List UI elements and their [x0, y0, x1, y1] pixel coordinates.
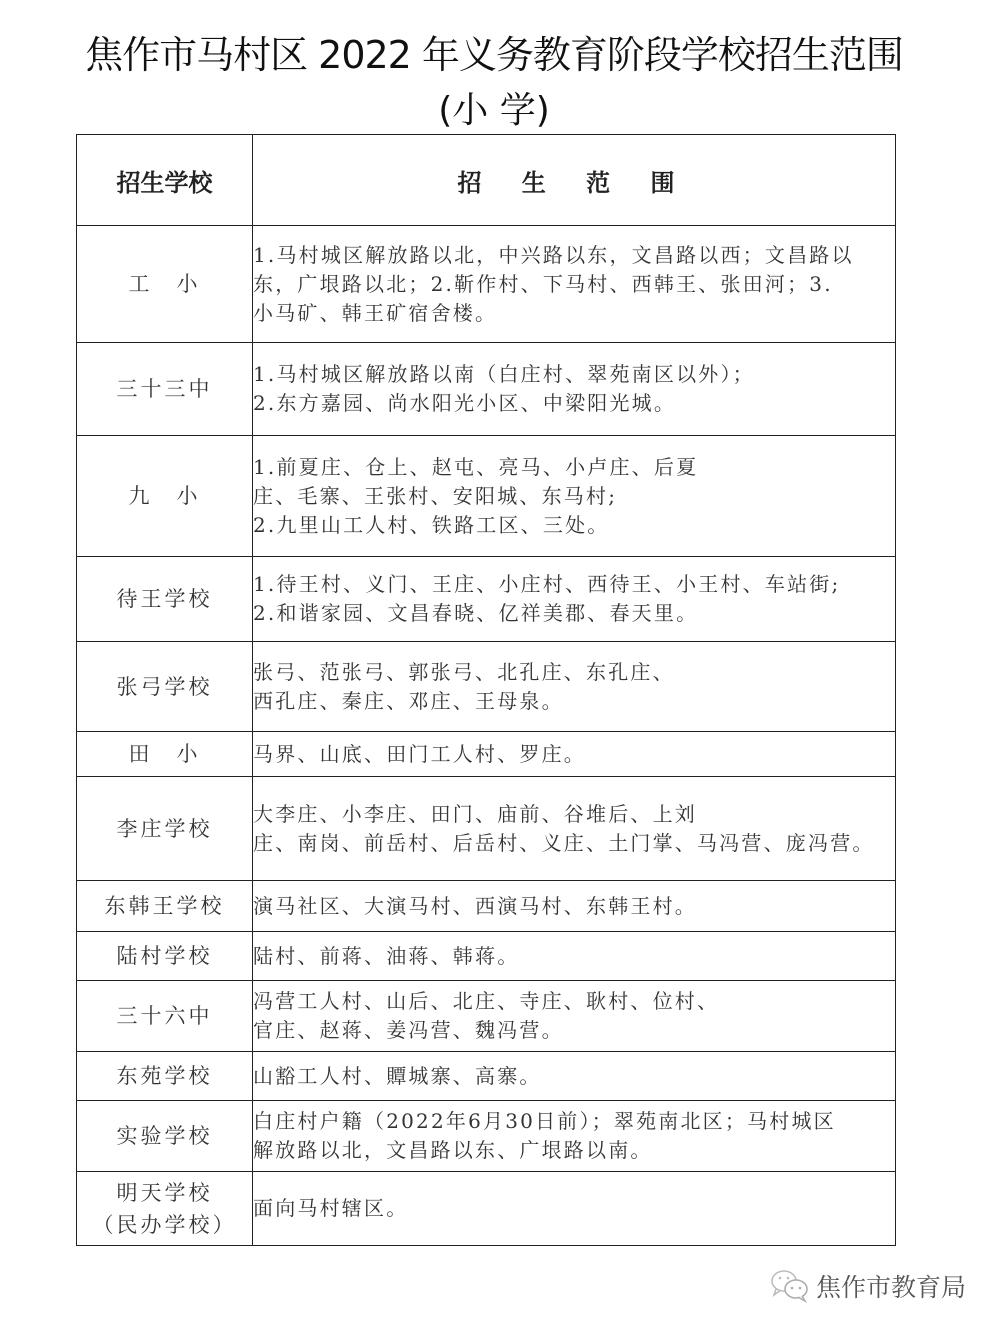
school-name-cell: 实验学校: [77, 1101, 253, 1172]
table-row: 三十六中冯营工人村、山后、北庄、寺庄、耿村、位村、官庄、赵蒋、姜冯营、魏冯营。: [77, 981, 896, 1052]
enrollment-scope-cell: 1.待王村、义门、王庄、小庄村、西待王、小王村、车站街;2.和谐家园、文昌春晓、…: [253, 557, 896, 642]
scope-line: 冯营工人村、山后、北庄、寺庄、耿村、位村、: [253, 987, 895, 1016]
document-subtitle: (小 学): [0, 88, 988, 134]
scope-line: 大李庄、小李庄、田门、庙前、谷堆后、上刘: [253, 800, 895, 829]
school-name-cell: 三十三中: [77, 343, 253, 436]
school-name-cell: 九 小: [77, 436, 253, 557]
school-name-cell: 李庄学校: [77, 777, 253, 881]
scope-line: 2.东方嘉园、尚水阳光小区、中梁阳光城。: [253, 389, 895, 418]
school-name-cell: 东苑学校: [77, 1052, 253, 1101]
school-name: 东韩王学校: [77, 890, 252, 922]
document-title: 焦作市马村区 2022 年义务教育阶段学校招生范围: [0, 30, 988, 80]
wechat-icon: [770, 1269, 810, 1303]
table-row: 工 小1.马村城区解放路以北，中兴路以东，文昌路以西；文昌路以东，广垠路以北；2…: [77, 226, 896, 343]
enrollment-scope-cell: 面向马村辖区。: [253, 1172, 896, 1246]
scope-line: 官庄、赵蒋、姜冯营、魏冯营。: [253, 1016, 895, 1045]
scope-line: 演马社区、大演马村、西演马村、东韩王村。: [253, 892, 895, 921]
school-name: 李庄学校: [77, 813, 252, 845]
table-row: 东苑学校山豁工人村、贉城寨、高寨。: [77, 1052, 896, 1101]
school-name: 工 小: [77, 268, 252, 300]
table-row: 东韩王学校演马社区、大演马村、西演马村、东韩王村。: [77, 881, 896, 932]
scope-line: 2.和谐家园、文昌春晓、亿祥美郡、春天里。: [253, 599, 895, 628]
table-row: 陆村学校陆村、前蒋、油蒋、韩蒋。: [77, 932, 896, 981]
enrollment-scope-cell: 1.前夏庄、仓上、赵屯、亮马、小卢庄、后夏庄、毛寨、王张村、安阳城、东马村;2.…: [253, 436, 896, 557]
school-name-cell: 明天学校（民办学校）: [77, 1172, 253, 1246]
school-name: 九 小: [77, 480, 252, 512]
table-row: 三十三中1.马村城区解放路以南（白庄村、翠苑南区以外）；2.东方嘉园、尚水阳光小…: [77, 343, 896, 436]
scope-line: 西孔庄、秦庄、邓庄、王母泉。: [253, 687, 895, 716]
school-name: 张弓学校: [77, 671, 252, 703]
scope-line: 山豁工人村、贉城寨、高寨。: [253, 1062, 895, 1091]
watermark: 焦作市教育局: [770, 1268, 966, 1304]
enrollment-scope-cell: 1.马村城区解放路以南（白庄村、翠苑南区以外）；2.东方嘉园、尚水阳光小区、中梁…: [253, 343, 896, 436]
scope-line: 张弓、范张弓、郭张弓、北孔庄、东孔庄、: [253, 658, 895, 687]
school-name: 待王学校: [77, 583, 252, 615]
school-name: 三十三中: [77, 373, 252, 405]
school-name: 东苑学校: [77, 1060, 252, 1092]
table-row: 明天学校（民办学校）面向马村辖区。: [77, 1172, 896, 1246]
scope-line: 白庄村户籍（2022年6月30日前）；翠苑南北区；马村城区: [253, 1107, 895, 1136]
enrollment-scope-table: 招生学校 招 生 范 围 工 小1.马村城区解放路以北，中兴路以东，文昌路以西；…: [76, 134, 896, 1246]
enrollment-scope-cell: 冯营工人村、山后、北庄、寺庄、耿村、位村、官庄、赵蒋、姜冯营、魏冯营。: [253, 981, 896, 1052]
school-name-cell: 田 小: [77, 732, 253, 777]
school-name-cell: 待王学校: [77, 557, 253, 642]
school-name-cell: 陆村学校: [77, 932, 253, 981]
school-name: 三十六中: [77, 1000, 252, 1032]
school-name: 田 小: [77, 738, 252, 770]
scope-line: 小马矿、韩王矿宿舍楼。: [253, 299, 895, 328]
enrollment-scope-cell: 白庄村户籍（2022年6月30日前）；翠苑南北区；马村城区解放路以北，文昌路以东…: [253, 1101, 896, 1172]
scope-line: 1.马村城区解放路以南（白庄村、翠苑南区以外）；: [253, 360, 895, 389]
scope-line: 庄、南岗、前岳村、后岳村、义庄、土门掌、马冯营、庞冯营。: [253, 829, 895, 858]
enrollment-scope-cell: 山豁工人村、贉城寨、高寨。: [253, 1052, 896, 1101]
table-row: 待王学校1.待王村、义门、王庄、小庄村、西待王、小王村、车站街;2.和谐家园、文…: [77, 557, 896, 642]
header-scope: 招 生 范 围: [253, 135, 896, 226]
enrollment-scope-cell: 张弓、范张弓、郭张弓、北孔庄、东孔庄、西孔庄、秦庄、邓庄、王母泉。: [253, 642, 896, 732]
table-row: 李庄学校大李庄、小李庄、田门、庙前、谷堆后、上刘庄、南岗、前岳村、后岳村、义庄、…: [77, 777, 896, 881]
scope-line: 马界、山底、田门工人村、罗庄。: [253, 740, 895, 769]
enrollment-scope-cell: 马界、山底、田门工人村、罗庄。: [253, 732, 896, 777]
school-name: 明天学校: [77, 1177, 252, 1209]
scope-line: 1.待王村、义门、王庄、小庄村、西待王、小王村、车站街;: [253, 570, 895, 599]
school-name-cell: 工 小: [77, 226, 253, 343]
scope-line: 1.马村城区解放路以北，中兴路以东，文昌路以西；文昌路以: [253, 241, 895, 270]
table-header-row: 招生学校 招 生 范 围: [77, 135, 896, 226]
scope-line: 庄、毛寨、王张村、安阳城、东马村;: [253, 482, 895, 511]
enrollment-scope-cell: 1.马村城区解放路以北，中兴路以东，文昌路以西；文昌路以东，广垠路以北；2.靳作…: [253, 226, 896, 343]
school-name: 实验学校: [77, 1120, 252, 1152]
enrollment-scope-cell: 陆村、前蒋、油蒋、韩蒋。: [253, 932, 896, 981]
enrollment-scope-cell: 大李庄、小李庄、田门、庙前、谷堆后、上刘庄、南岗、前岳村、后岳村、义庄、土门掌、…: [253, 777, 896, 881]
school-name: （民办学校）: [77, 1209, 252, 1241]
header-school: 招生学校: [77, 135, 253, 226]
school-name-cell: 三十六中: [77, 981, 253, 1052]
scope-line: 1.前夏庄、仓上、赵屯、亮马、小卢庄、后夏: [253, 453, 895, 482]
scope-line: 2.九里山工人村、铁路工区、三处。: [253, 511, 895, 540]
enrollment-scope-cell: 演马社区、大演马村、西演马村、东韩王村。: [253, 881, 896, 932]
school-name: 陆村学校: [77, 940, 252, 972]
scope-line: 解放路以北，文昌路以东、广垠路以南。: [253, 1136, 895, 1165]
table-row: 田 小马界、山底、田门工人村、罗庄。: [77, 732, 896, 777]
scope-line: 面向马村辖区。: [253, 1194, 895, 1223]
scope-line: 东，广垠路以北；2.靳作村、下马村、西韩王、张田河；3.: [253, 270, 895, 299]
table-row: 实验学校白庄村户籍（2022年6月30日前）；翠苑南北区；马村城区解放路以北，文…: [77, 1101, 896, 1172]
school-name-cell: 东韩王学校: [77, 881, 253, 932]
table-row: 张弓学校张弓、范张弓、郭张弓、北孔庄、东孔庄、西孔庄、秦庄、邓庄、王母泉。: [77, 642, 896, 732]
school-name-cell: 张弓学校: [77, 642, 253, 732]
table-row: 九 小1.前夏庄、仓上、赵屯、亮马、小卢庄、后夏庄、毛寨、王张村、安阳城、东马村…: [77, 436, 896, 557]
scope-line: 陆村、前蒋、油蒋、韩蒋。: [253, 942, 895, 971]
footer-label: 焦作市教育局: [816, 1268, 966, 1304]
